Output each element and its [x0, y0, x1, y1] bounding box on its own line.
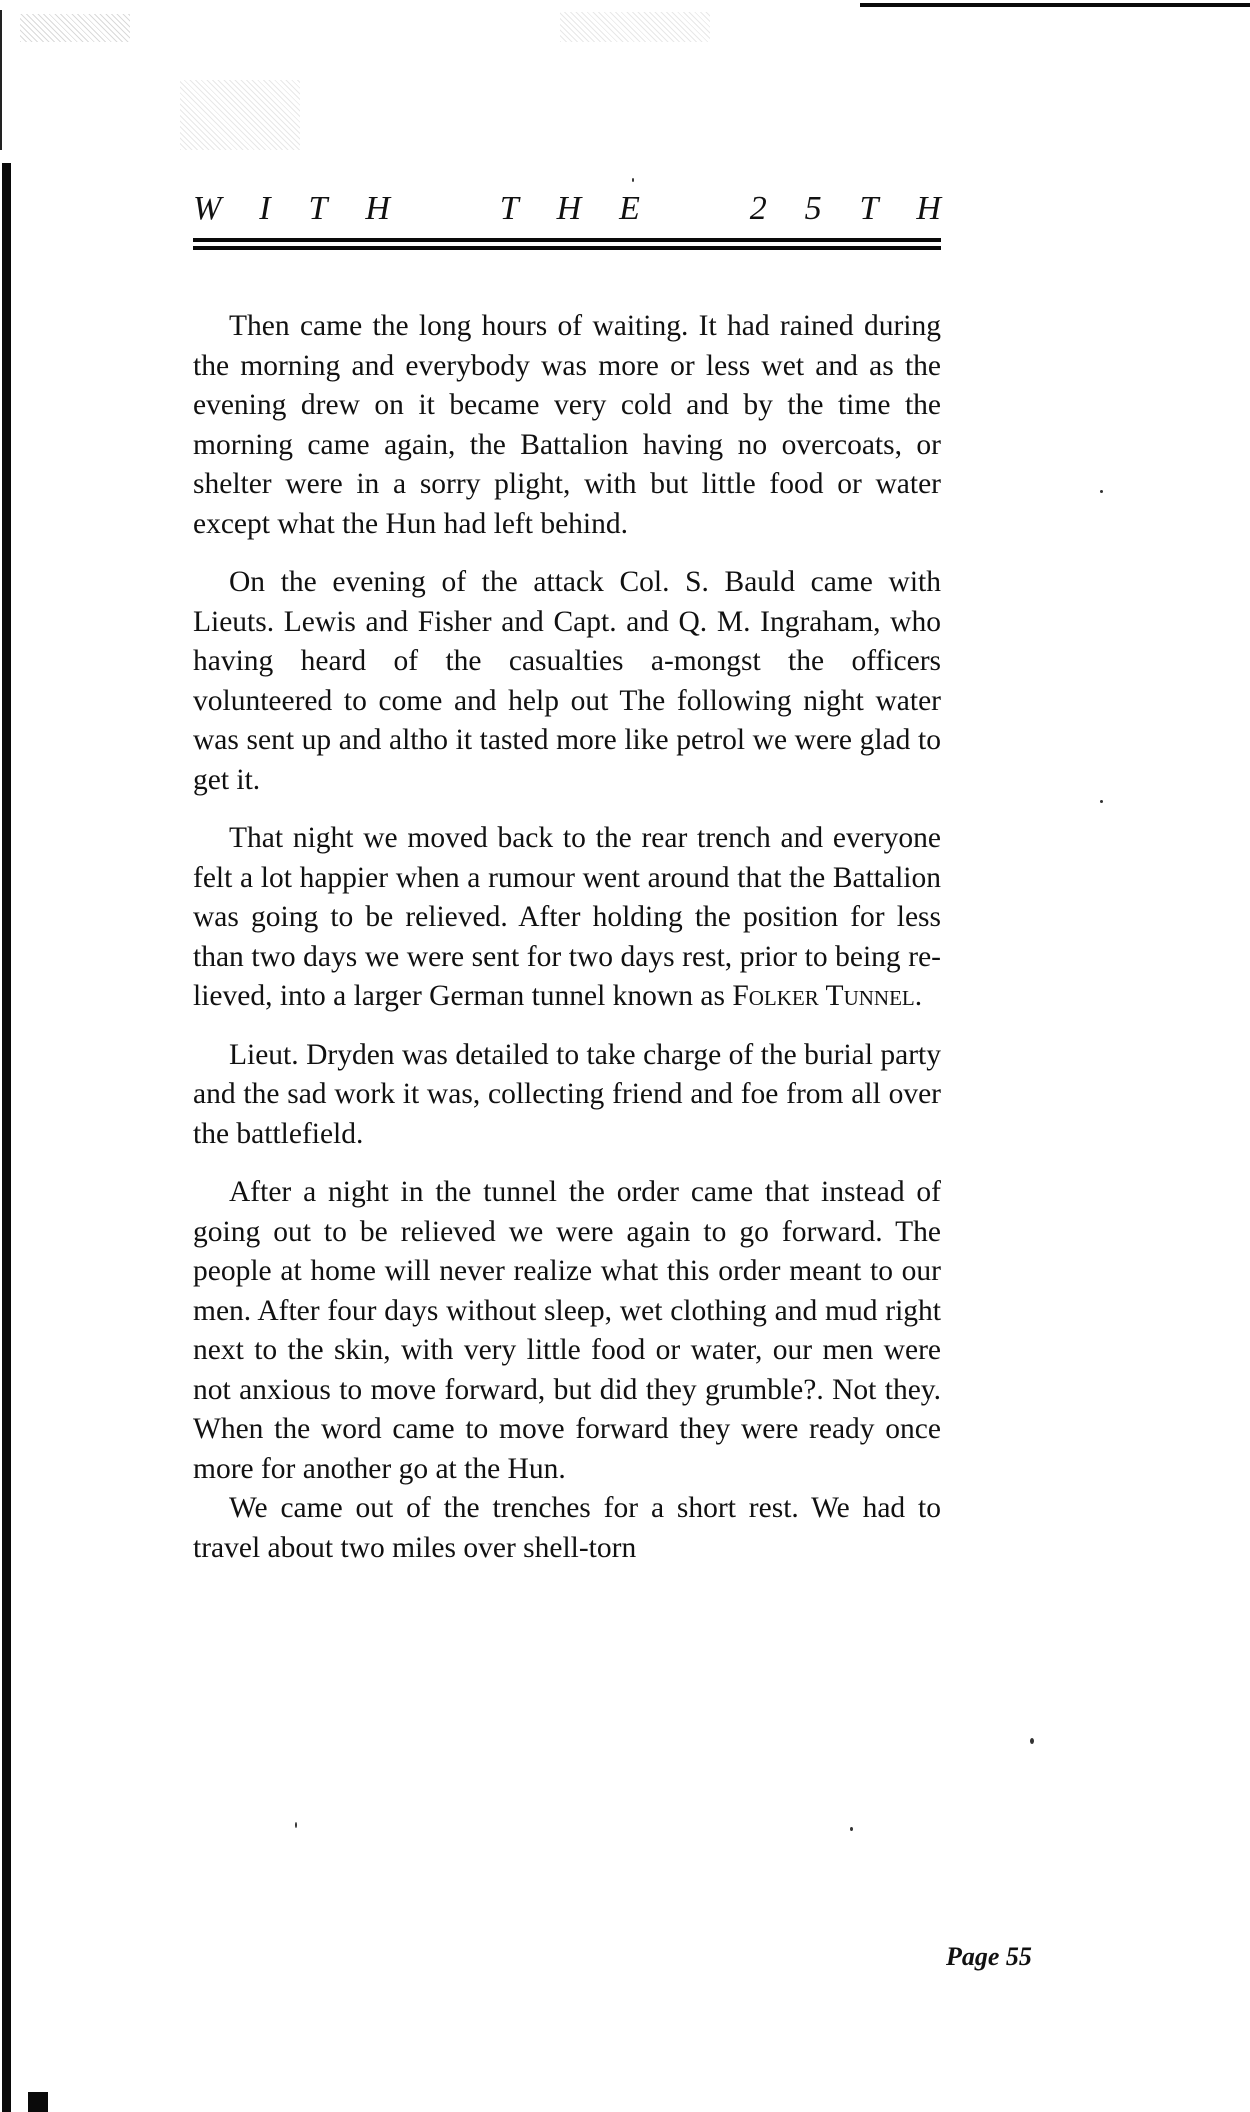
scan-edge-blob: [28, 2092, 48, 2112]
paragraph: We came out of the trenches for a short …: [193, 1489, 941, 1568]
scan-edge-shadow-left: [2, 163, 11, 2112]
scan-speckle: [295, 1822, 297, 1828]
page-number: Page 55: [946, 1942, 1032, 1972]
scan-edge-shadow-top-right: [860, 3, 1250, 7]
header-letter: T: [860, 190, 879, 230]
scan-smudge: [560, 12, 710, 42]
scan-edge-shadow-top: [0, 10, 2, 150]
paragraph: Then came the long hours of waiting. It …: [193, 307, 941, 544]
header-rule-top: [193, 238, 941, 242]
paragraph: On the evening of the attack Col. S. Bau…: [193, 563, 941, 800]
header-letter: T: [309, 190, 328, 230]
scan-speckle: [850, 1827, 853, 1831]
header-letter: 2: [750, 190, 767, 230]
scan-speckle: [1100, 490, 1103, 493]
header-letter: W: [193, 190, 221, 230]
place-name-smallcaps: Folker Tunnel: [732, 980, 914, 1012]
header-letter: T: [500, 190, 519, 230]
header-letter: I: [259, 190, 270, 230]
body-text: Then came the long hours of waiting. It …: [193, 307, 941, 1587]
scan-speckle: [1100, 800, 1103, 803]
header-letter: H: [365, 190, 390, 230]
scan-smudge: [180, 80, 300, 150]
header-letter: 5: [805, 190, 822, 230]
scan-smudge: [20, 14, 130, 42]
scan-speckle: [1030, 1738, 1034, 1744]
header-letter: E: [619, 190, 640, 230]
header-letter: H: [557, 190, 582, 230]
header-letter: H: [916, 190, 941, 230]
paragraph-text: .: [915, 980, 922, 1012]
paragraph: Lieut. Dryden was detailed to take charg…: [193, 1036, 941, 1155]
header-rule-bottom: [193, 246, 941, 250]
paragraph: That night we moved back to the rear tre…: [193, 819, 941, 1017]
paragraph: After a night in the tunnel the order ca…: [193, 1173, 941, 1489]
scan-speckle: [632, 178, 634, 182]
running-header: W I T H T H E 2 5 T H: [193, 190, 941, 230]
